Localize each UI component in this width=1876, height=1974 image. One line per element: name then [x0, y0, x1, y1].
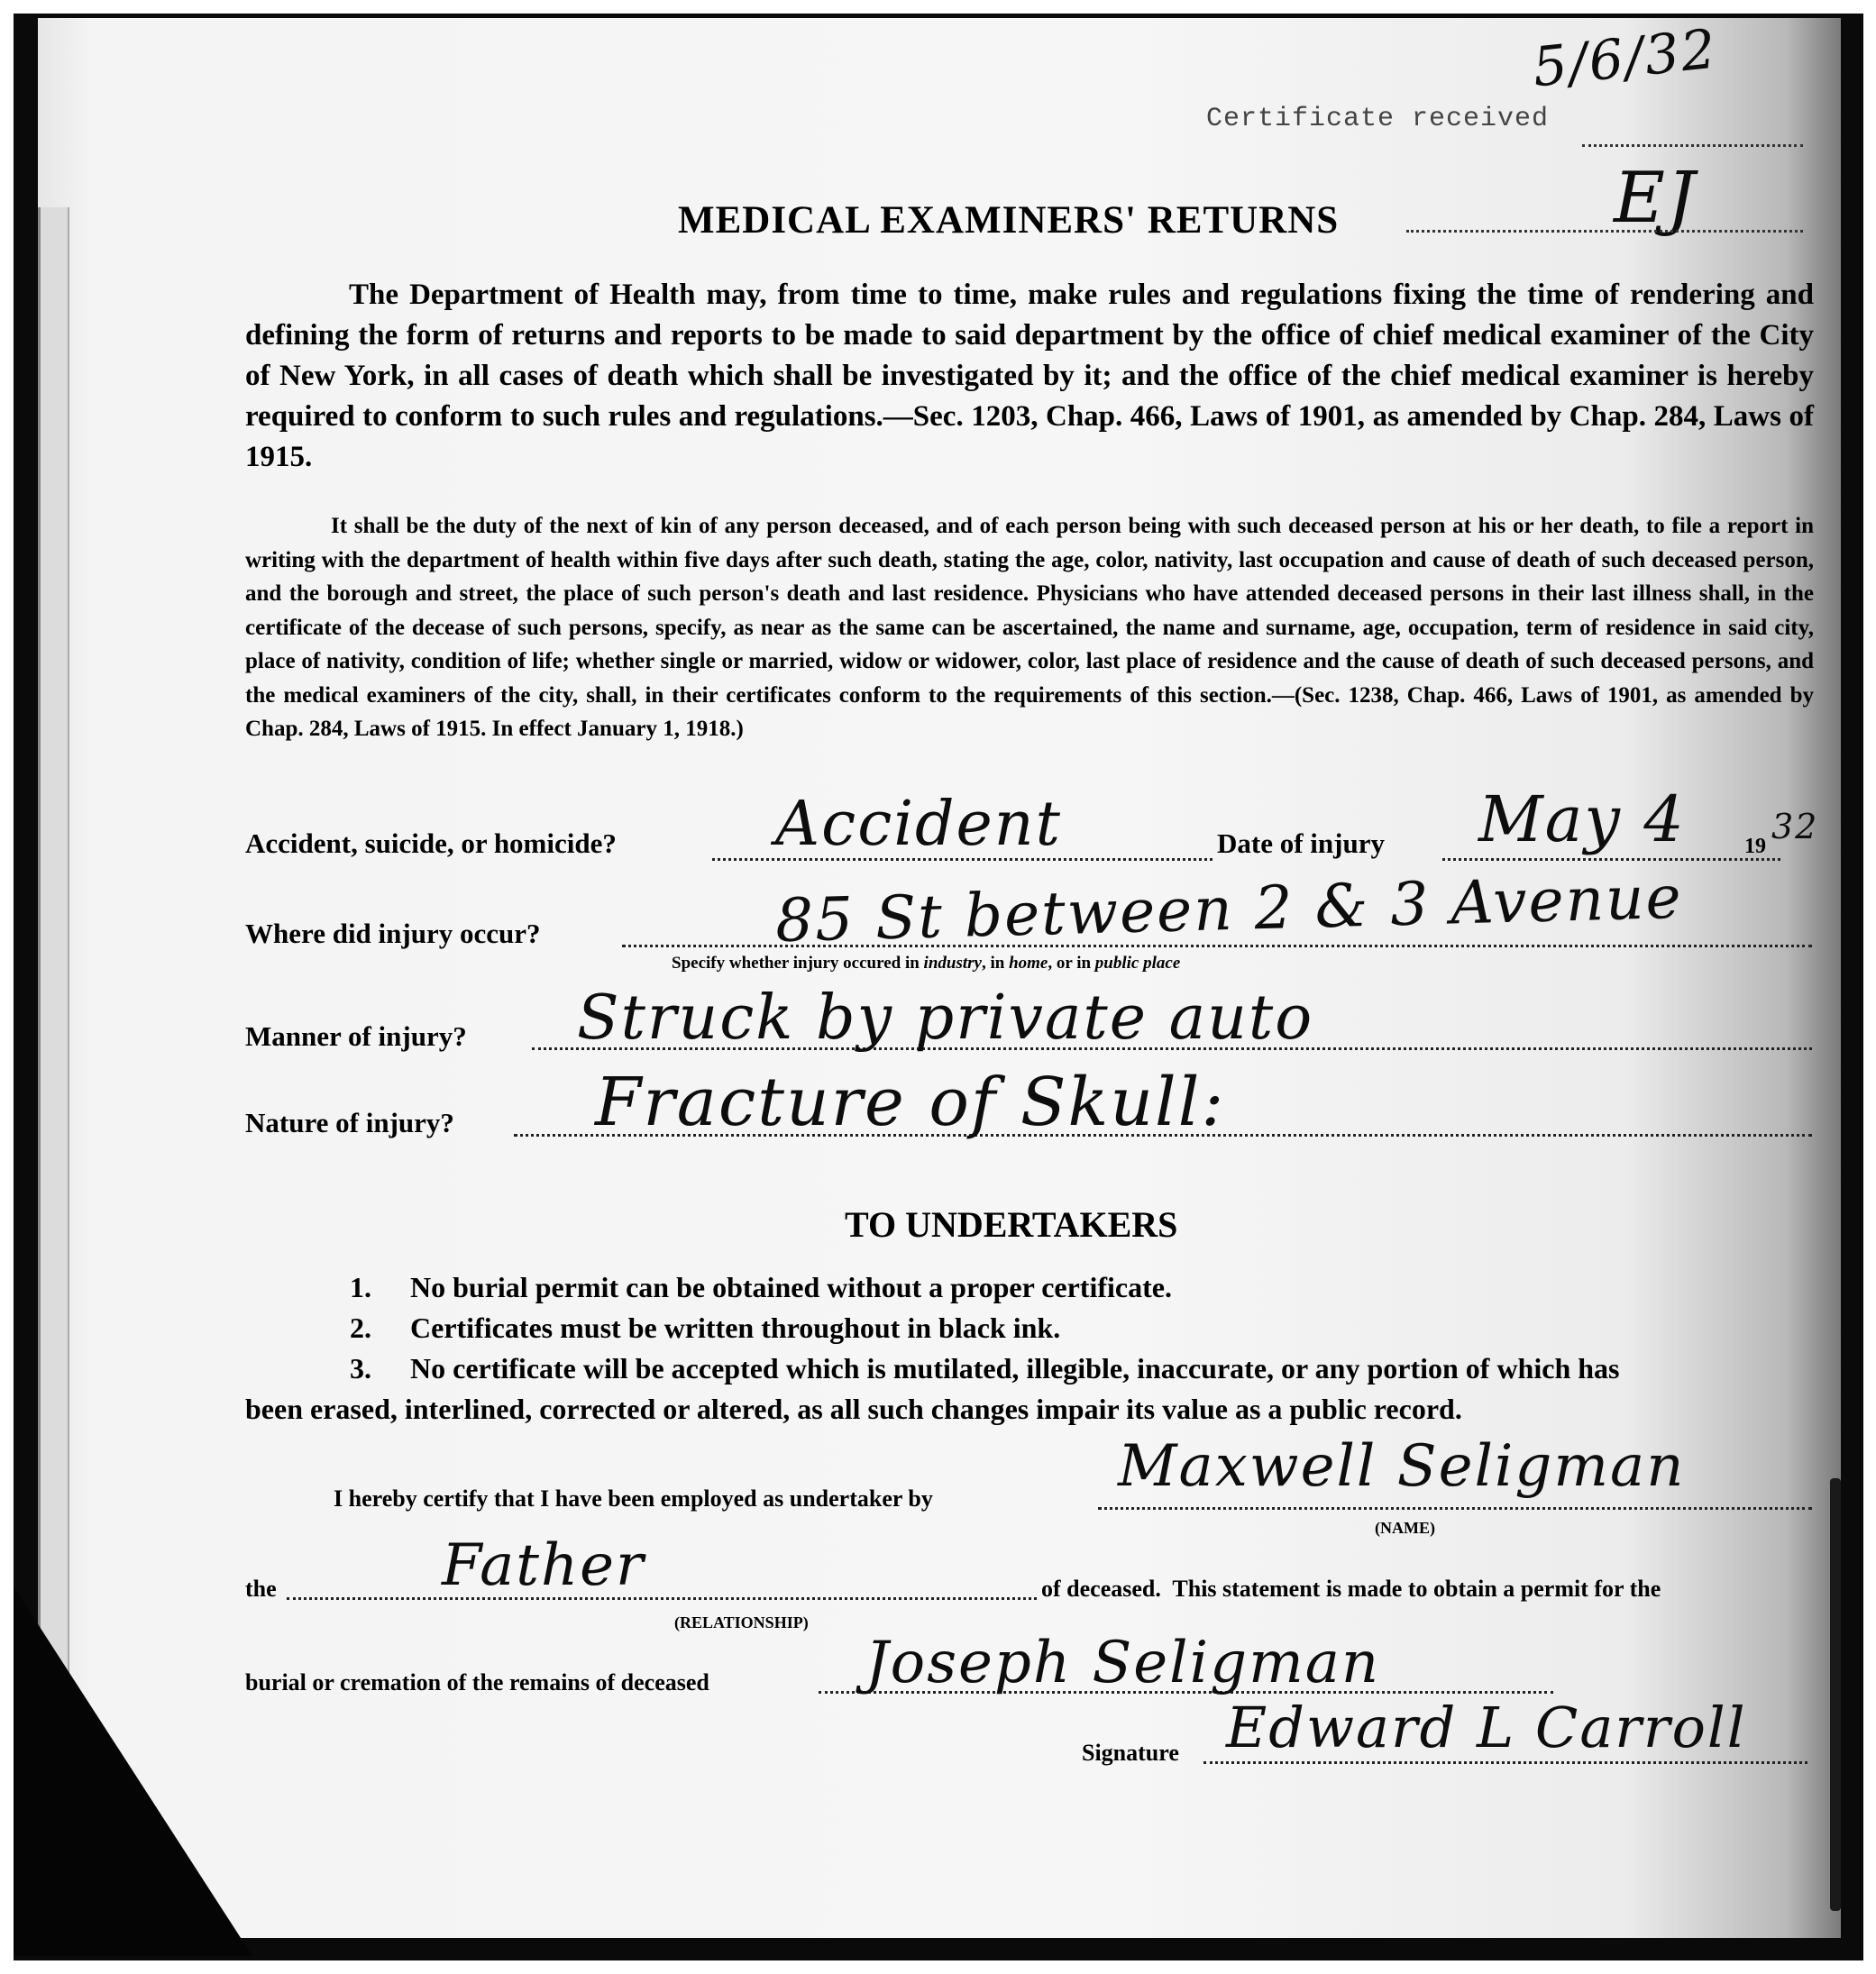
- clerk-initials: EJ: [1614, 158, 1697, 239]
- signature-line: [1203, 1761, 1807, 1764]
- form-title: MEDICAL EXAMINERS' RETURNS: [678, 198, 1339, 242]
- signature-label: Signature: [1082, 1740, 1179, 1767]
- place-label: Where did injury occur?: [245, 918, 541, 950]
- received-dotted-line: [1582, 144, 1803, 147]
- hint-industry: industry: [924, 954, 982, 973]
- binding-edge: [38, 207, 69, 1794]
- date-of-injury-line: [1442, 858, 1780, 861]
- nature-label: Nature of injury?: [245, 1107, 454, 1139]
- hint-home: home: [1009, 954, 1048, 973]
- certificate-received-stamp: Certificate received: [1206, 104, 1549, 134]
- manner-type-value[interactable]: Accident: [775, 789, 1062, 860]
- manner-type-label: Accident, suicide, or homicide?: [245, 827, 617, 860]
- date-of-injury-value[interactable]: May 4: [1478, 782, 1686, 856]
- legal-paragraph-1: The Department of Health may, from time …: [245, 275, 1814, 478]
- relationship-line: [287, 1597, 1037, 1600]
- relationship-caption: (RELATIONSHIP): [674, 1613, 809, 1632]
- signature-value[interactable]: Edward L Carroll: [1226, 1695, 1747, 1760]
- date-of-injury-label: Date of injury: [1217, 827, 1385, 860]
- burial-statement: burial or cremation of the remains of de…: [245, 1669, 709, 1696]
- page-fold: [1830, 1478, 1841, 1911]
- rule-1-text: No burial permit can be obtained without…: [410, 1271, 1172, 1304]
- relationship-value[interactable]: Father: [442, 1532, 645, 1599]
- hint-text: Specify whether injury occured in: [672, 954, 924, 973]
- of-deceased-statement: of deceased. This statement is made to o…: [1041, 1576, 1835, 1603]
- hint-text: , in: [982, 954, 1009, 973]
- manner-label: Manner of injury?: [245, 1020, 467, 1053]
- rule-2-text: Certificates must be written throughout …: [410, 1311, 1060, 1345]
- name-caption: (NAME): [1375, 1519, 1435, 1538]
- employer-line: [1098, 1507, 1812, 1510]
- hint-text: , or in: [1048, 954, 1094, 973]
- rule-1-number: 1.: [350, 1271, 371, 1304]
- rule-3-continued: been erased, interlined, corrected or al…: [245, 1393, 1462, 1426]
- rule-3-text: No certificate will be accepted which is…: [410, 1352, 1817, 1385]
- place-hint: Specify whether injury occured in indust…: [672, 954, 1180, 973]
- year-suffix[interactable]: 32: [1771, 807, 1818, 846]
- corner-shadow: [14, 1586, 252, 1956]
- deceased-name[interactable]: Joseph Seligman: [865, 1630, 1380, 1696]
- rule-3-number: 3.: [350, 1352, 371, 1385]
- legal-paragraph-2: It shall be the duty of the next of kin …: [245, 509, 1814, 746]
- the-label: the: [245, 1576, 277, 1603]
- rule-2-number: 2.: [350, 1311, 371, 1345]
- employed-statement: I hereby certify that I have been employ…: [334, 1485, 933, 1512]
- nature-value[interactable]: Fracture of Skull:: [595, 1064, 1225, 1141]
- title-dotted-line: [1406, 230, 1803, 233]
- year-prefix: 19: [1744, 835, 1766, 859]
- undertakers-title: TO UNDERTAKERS: [845, 1203, 1177, 1246]
- employer-name[interactable]: Maxwell Seligman: [1118, 1433, 1685, 1500]
- hint-public-place: public place: [1095, 954, 1180, 973]
- manner-value[interactable]: Struck by private auto: [577, 982, 1313, 1054]
